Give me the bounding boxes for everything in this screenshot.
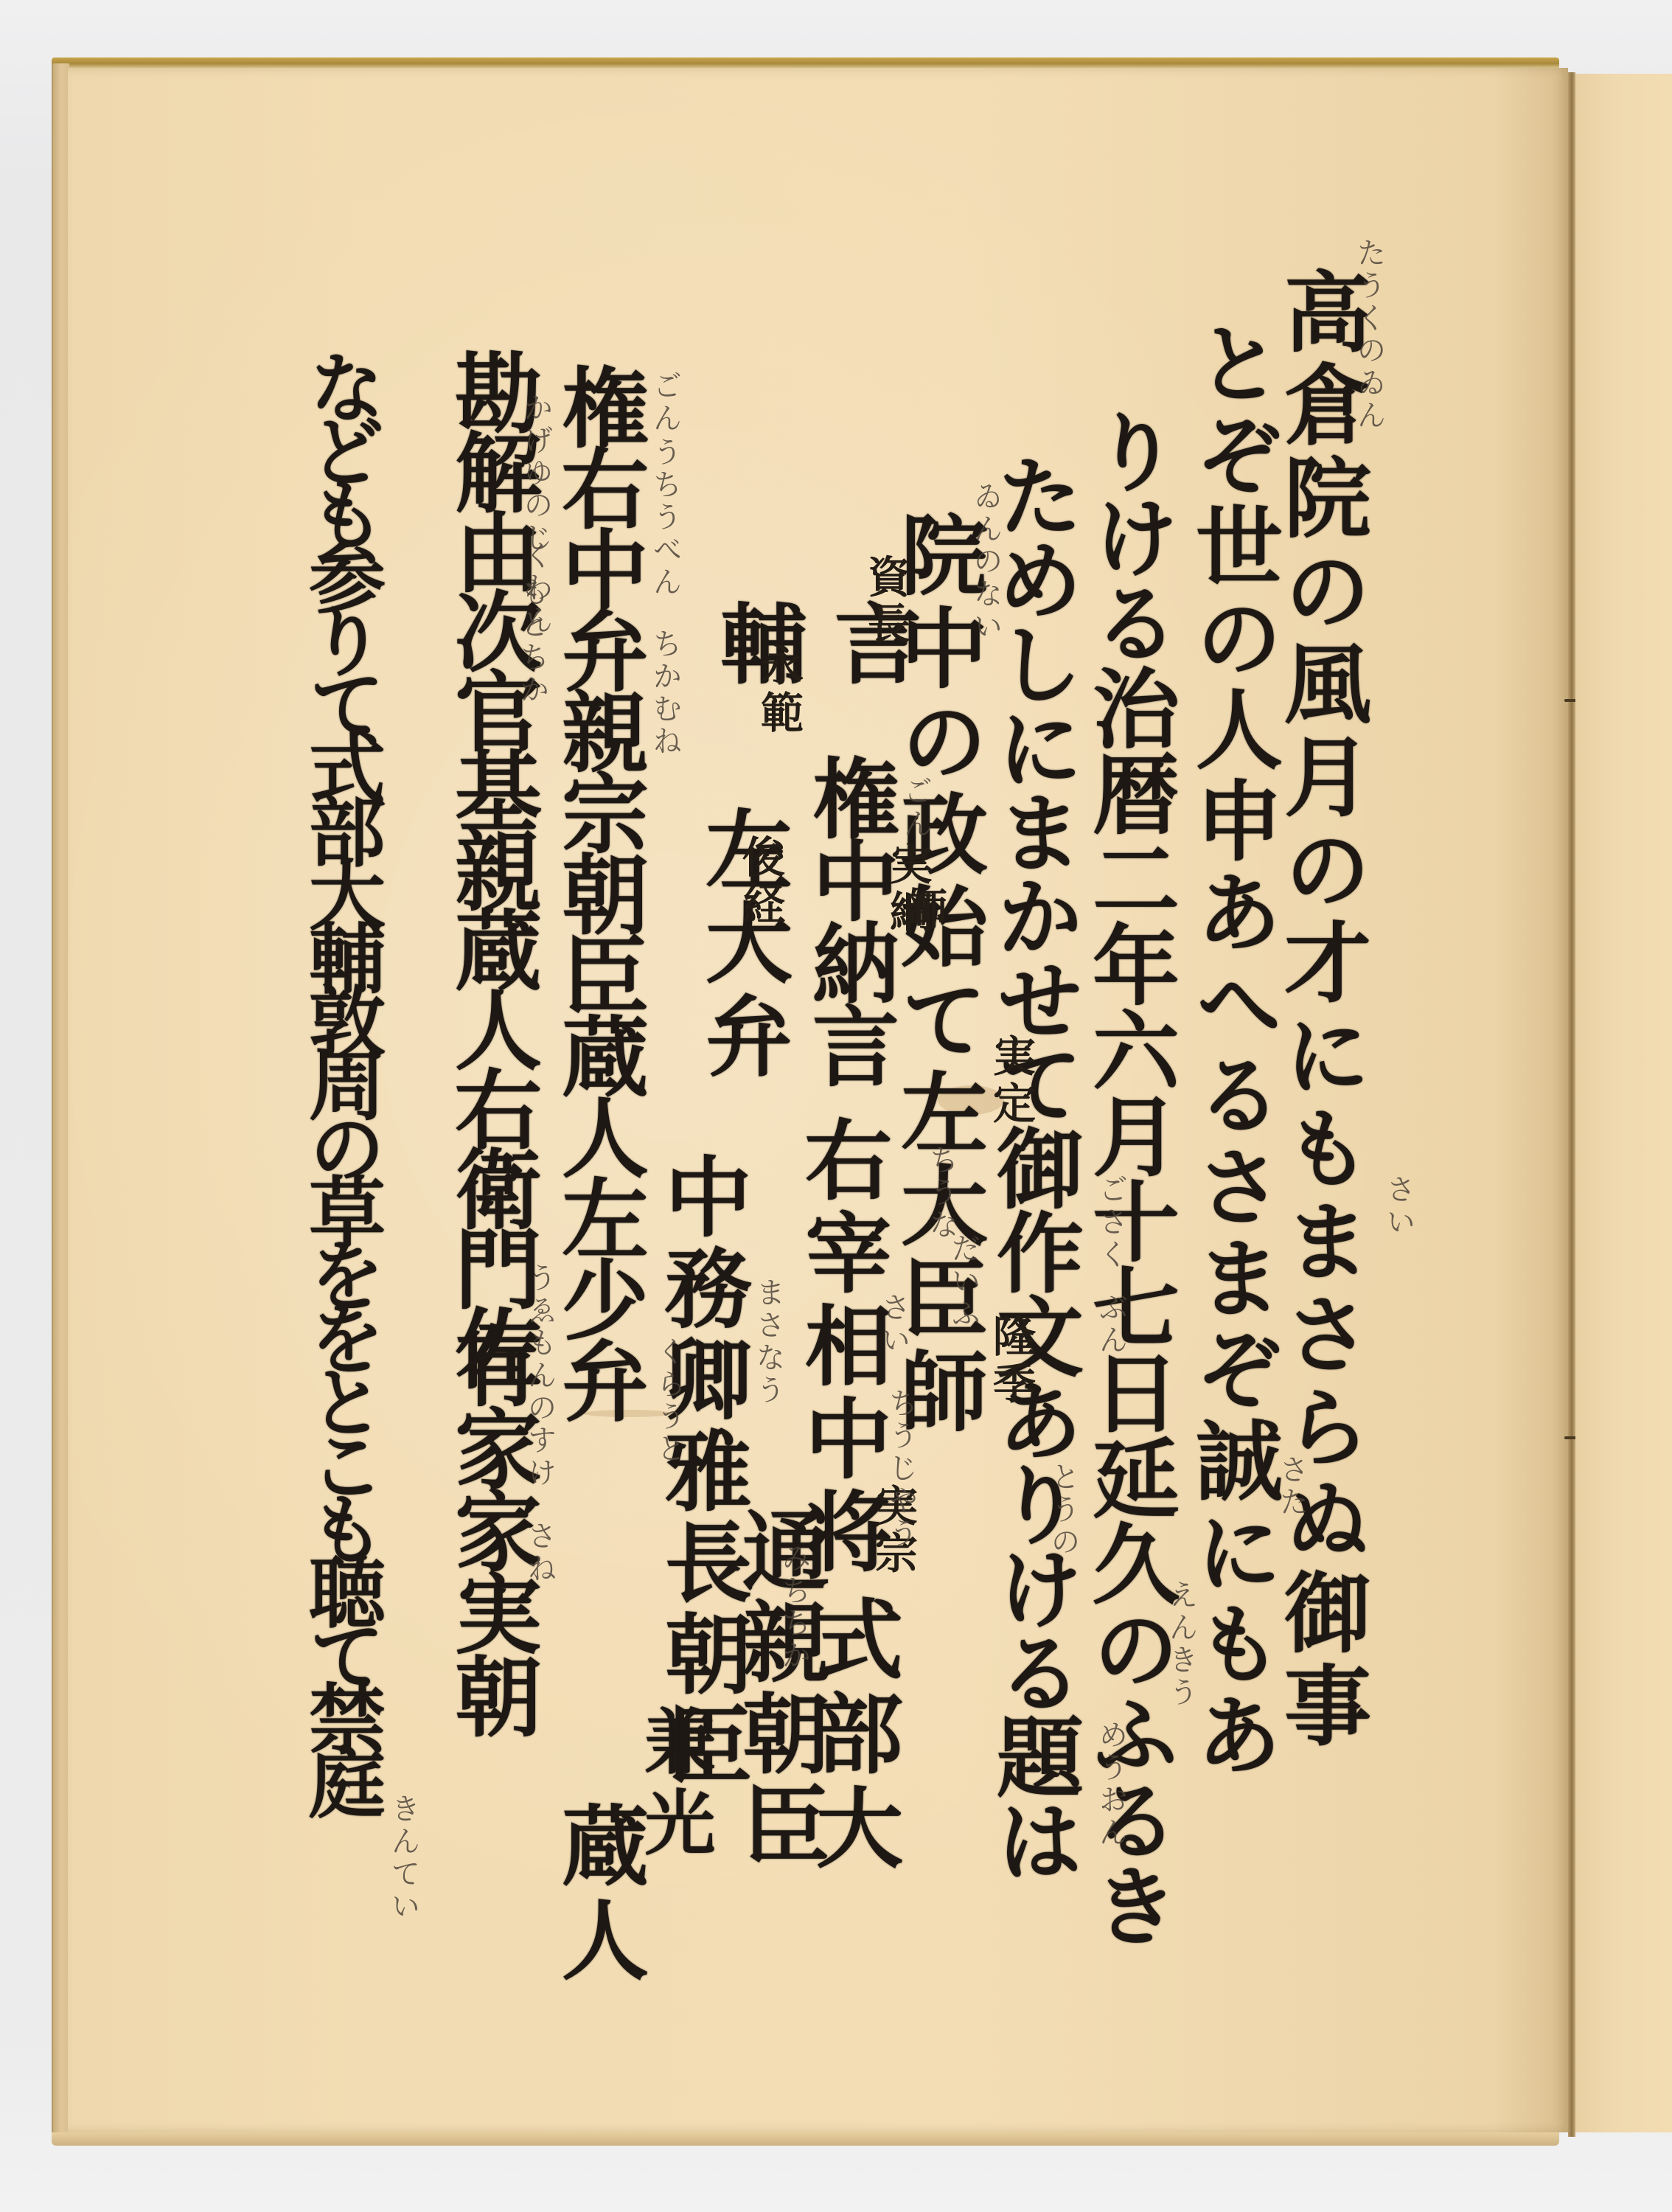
furigana: かげゆのじ xyxy=(521,392,551,554)
bound-book: 高倉院の風月の才にもまさらぬ御事 とぞ世の人申あへるさまぞ誠にもあ りける治暦二… xyxy=(52,58,1672,2144)
page-stack-bottom-edge xyxy=(52,2132,1559,2146)
text-column-18: 有家家実朝 xyxy=(447,1321,534,1734)
text-column-14: 権右中弁親宗朝臣蔵人左少弁 xyxy=(554,363,641,1417)
text-column-7: 権中納言 xyxy=(805,754,892,1084)
binding-gutter xyxy=(1568,72,1575,2137)
text-column-19: なども参りて式部大輔敦周の草ををとこも聴て禁庭 xyxy=(302,348,379,1806)
annotation-note: 永範 xyxy=(757,643,800,737)
annotation-note: 俊経 xyxy=(739,835,781,929)
furigana: くらうと xyxy=(654,1336,683,1466)
text-column-2: とぞ世の人申あへるさまぞ誠にもあ xyxy=(1188,319,1275,1781)
annotation-note: 実定 xyxy=(989,1034,1032,1128)
annotation-note: 実綱 xyxy=(886,842,929,936)
furigana: まさなう xyxy=(753,1277,783,1407)
manuscript-page: 高倉院の風月の才にもまさらぬ御事 とぞ世の人申あへるさまぞ誠にもあ りける治暦二… xyxy=(68,68,1568,2132)
text-column-4: ためしにまかせて御作文ありける題は xyxy=(989,451,1076,1880)
furigana: うちうべん xyxy=(650,437,680,599)
text-column-15: 兼光 xyxy=(639,1705,710,1867)
facing-page-edge xyxy=(1575,74,1672,2132)
furigana: さね xyxy=(525,1520,554,1585)
gilt-top-edge xyxy=(52,58,1559,68)
furigana: えんきう xyxy=(1166,1579,1196,1709)
furigana: みちちか xyxy=(779,1543,809,1672)
furigana: ぶん xyxy=(1096,1292,1126,1357)
furigana: とうの xyxy=(1048,1461,1078,1559)
annotation-note: 資長 xyxy=(864,554,907,649)
furigana: きんてい xyxy=(389,1793,418,1923)
furigana: ちうな xyxy=(927,1144,956,1242)
furigana: うゑもんのすけ xyxy=(525,1262,554,1489)
furigana: めうおん xyxy=(1096,1719,1126,1849)
text-column-16: 蔵人 xyxy=(554,1801,641,1989)
furigana: ゐんのない xyxy=(971,481,1000,643)
furigana: さた xyxy=(1277,1454,1306,1519)
furigana: さい xyxy=(879,1292,908,1357)
text-column-1: 高倉院の風月の才にもまさらぬ御事 xyxy=(1277,267,1364,1753)
furigana: もとちか xyxy=(518,577,547,706)
furigana: ごさく xyxy=(1096,1174,1126,1271)
furigana: ちうじやう xyxy=(886,1388,916,1550)
furigana: ごん xyxy=(901,776,930,841)
annotation-note: 隆季 xyxy=(989,1314,1032,1408)
furigana: たうくのゐん xyxy=(1354,237,1384,432)
furigana: ちかむね xyxy=(650,628,680,758)
page-stack-edge xyxy=(52,63,69,2134)
furigana: さい xyxy=(1384,1174,1413,1239)
furigana: ごん xyxy=(650,370,680,435)
furigana: だいふ xyxy=(949,1233,978,1330)
